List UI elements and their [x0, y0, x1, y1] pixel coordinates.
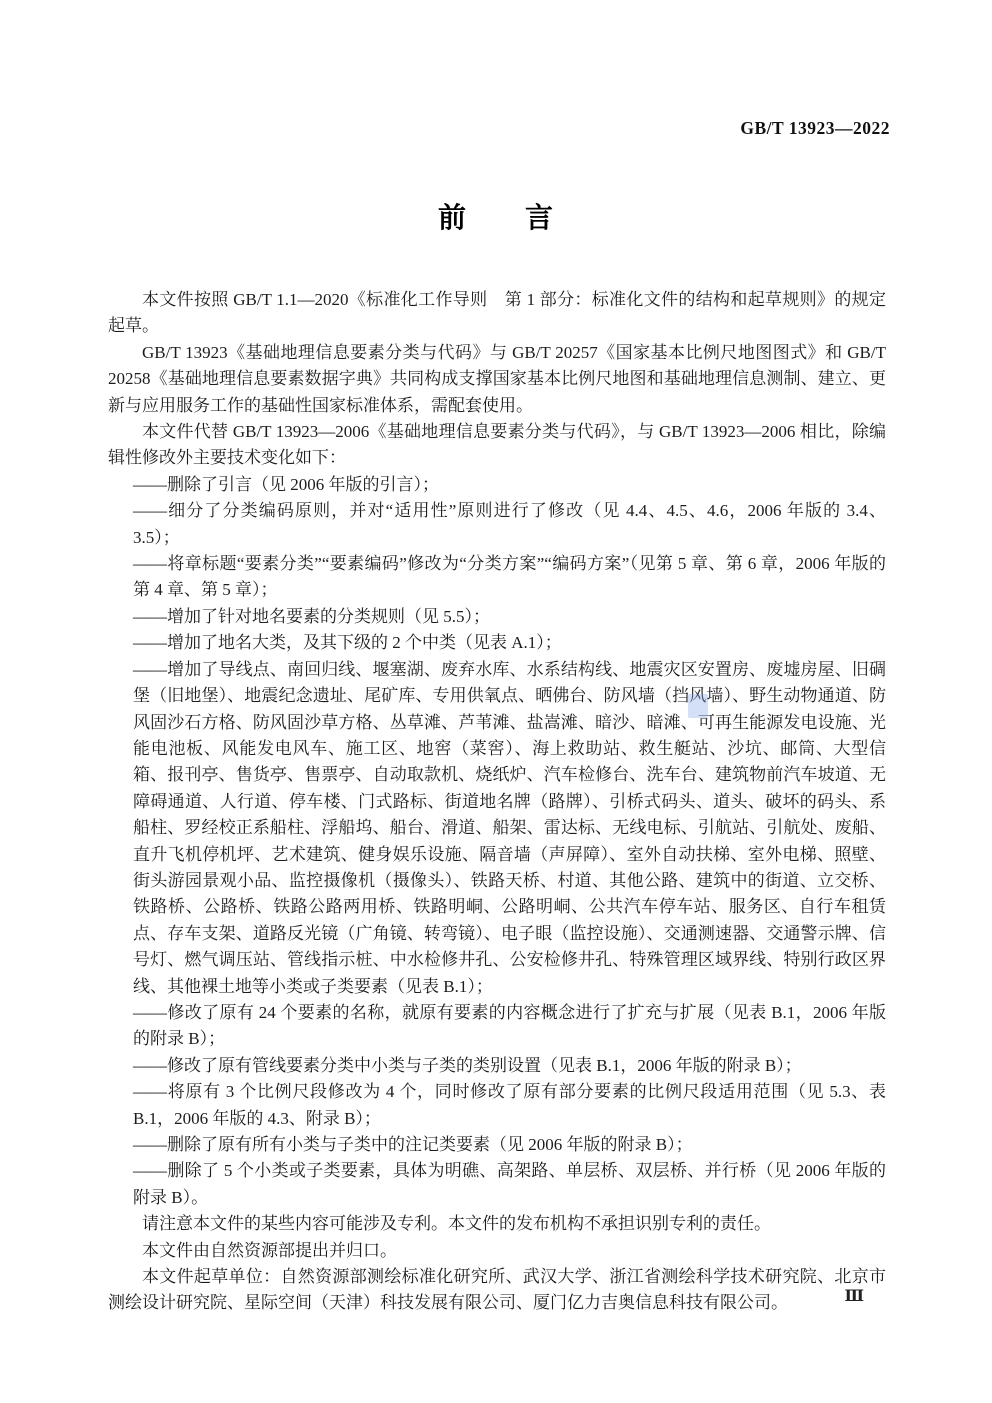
foreword-body: 本文件按照 GB/T 1.1—2020《标准化工作导则 第 1 部分：标准化文件… — [108, 287, 886, 1317]
change-list-item: ——将章标题“要素分类”“要素编码”修改为“分类方案”“编码方案”（见第 5 章… — [108, 551, 886, 604]
body-paragraph: 本文件起草单位：自然资源部测绘标准化研究所、武汉大学、浙江省测绘科学技术研究院、… — [108, 1264, 886, 1317]
change-list-item: ——删除了 5 个小类或子类要素，具体为明礁、高架路、单层桥、双层桥、并行桥（见… — [108, 1158, 886, 1211]
body-paragraph: 本文件代替 GB/T 13923—2006《基础地理信息要素分类与代码》，与 G… — [108, 419, 886, 472]
standard-code: GB/T 13923—2022 — [740, 118, 890, 139]
page-title: 前 言 — [0, 196, 992, 236]
change-list-item: ——删除了原有所有小类与子类中的注记类要素（见 2006 年版的附录 B）； — [108, 1132, 886, 1158]
change-list-item: ——增加了导线点、南回归线、堰塞湖、废弃水库、水系结构线、地震灾区安置房、废墟房… — [108, 657, 886, 1000]
document-page: GB/T 13923—2022 前 言 本文件按照 GB/T 1.1—2020《… — [0, 0, 992, 1403]
body-paragraph: GB/T 13923《基础地理信息要素分类与代码》与 GB/T 20257《国家… — [108, 340, 886, 419]
body-paragraph: 本文件按照 GB/T 1.1—2020《标准化工作导则 第 1 部分：标准化文件… — [108, 287, 886, 340]
change-list-item: ——增加了地名大类，及其下级的 2 个中类（见表 A.1）； — [108, 630, 886, 656]
body-paragraph: 请注意本文件的某些内容可能涉及专利。本文件的发布机构不承担识别专利的责任。 — [108, 1211, 886, 1237]
change-list-item: ——将原有 3 个比例尺段修改为 4 个，同时修改了原有部分要素的比例尺段适用范… — [108, 1079, 886, 1132]
change-list-item: ——删除了引言（见 2006 年版的引言）； — [108, 472, 886, 498]
change-list-item: ——增加了针对地名要素的分类规则（见 5.5）； — [108, 604, 886, 630]
page-number: Ⅲ — [845, 1286, 864, 1306]
change-list-item: ——细分了分类编码原则，并对“适用性”原则进行了修改（见 4.4、4.5、4.6… — [108, 498, 886, 551]
change-list-item: ——修改了原有管线要素分类中小类与子类的类别设置（见表 B.1，2006 年版的… — [108, 1053, 886, 1079]
body-paragraph: 本文件由自然资源部提出并归口。 — [108, 1238, 886, 1264]
change-list-item: ——修改了原有 24 个要素的名称，就原有要素的内容概念进行了扩充与扩展（见表 … — [108, 1000, 886, 1053]
